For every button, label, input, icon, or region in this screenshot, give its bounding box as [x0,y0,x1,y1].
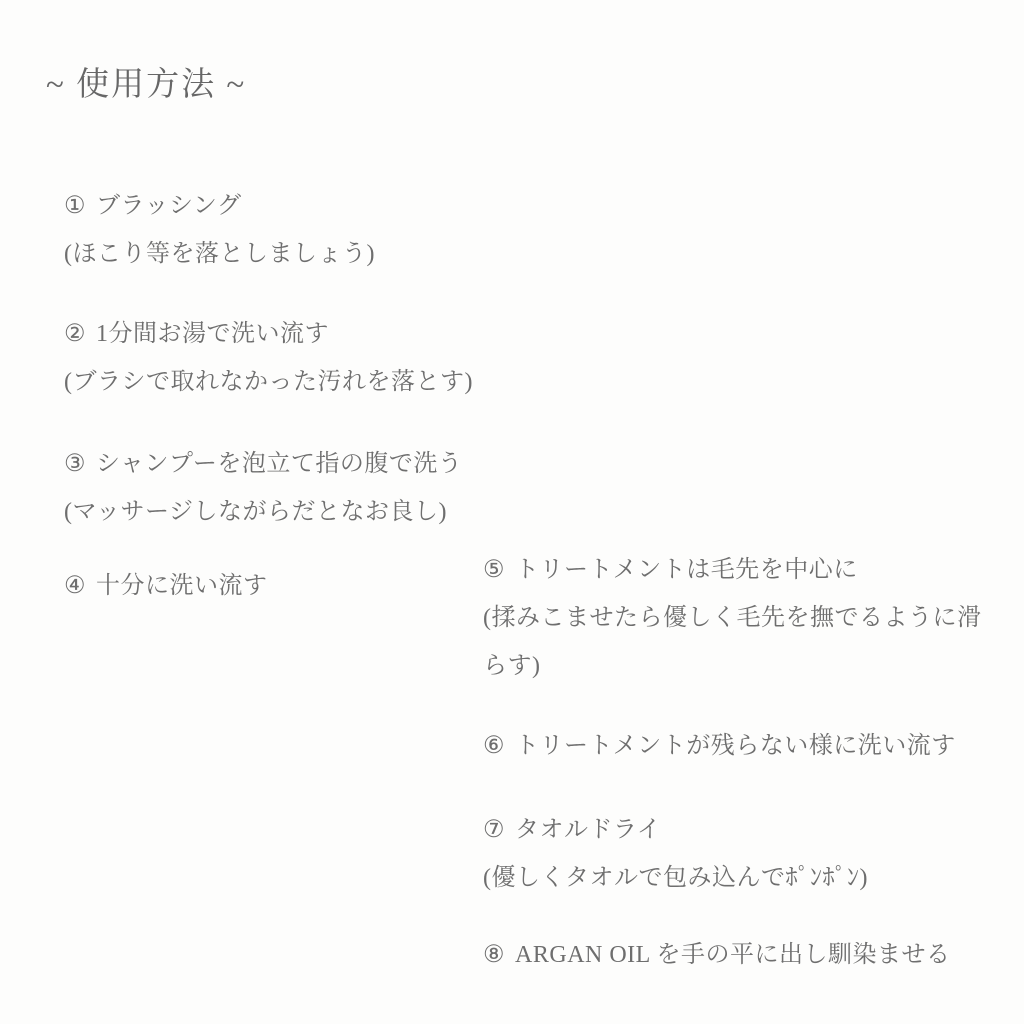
step-7-number: ⑦ [483,817,505,843]
step-1-main: ①ブラッシング [64,182,375,230]
step-6-text: トリートメントが残らない様に洗い流す [515,733,956,759]
step-5-main: ⑤トリートメントは毛先を中心に [483,546,985,594]
step-2-number: ② [64,321,86,347]
step-8-number: ⑧ [483,942,505,968]
step-2-note: (ブラシで取れなかった汚れを落とす) [64,358,473,406]
step-3-note: (マッサージしながらだとなお良し) [64,488,462,536]
step-7: ⑦タオルドライ (優しくタオルで包み込んでﾎﾟﾝﾎﾟﾝ) [483,806,985,902]
step-4: ④十分に洗い流す [64,562,268,610]
step-5-number: ⑤ [483,557,505,583]
step-7-text: タオルドライ [515,817,661,843]
step-3-number: ③ [64,451,86,477]
step-4-number: ④ [64,573,86,599]
step-2-text: 1分間お湯で洗い流す [96,321,329,347]
step-7-note: (優しくタオルで包み込んでﾎﾟﾝﾎﾟﾝ) [483,854,985,902]
step-5-text: トリートメントは毛先を中心に [515,557,858,583]
step-4-main: ④十分に洗い流す [64,562,268,610]
instruction-card: ~ 使用方法 ~ ①ブラッシング (ほこり等を落としましょう) ②1分間お湯で洗… [0,0,1024,1024]
step-8-main: ⑧ARGAN OIL を手の平に出し馴染ませる [483,931,985,979]
step-8-text: ARGAN OIL を手の平に出し馴染ませる [515,942,950,968]
step-6-number: ⑥ [483,733,505,759]
step-6: ⑥トリートメントが残らない様に洗い流す [483,722,985,770]
step-2: ②1分間お湯で洗い流す (ブラシで取れなかった汚れを落とす) [64,310,473,406]
step-8: ⑧ARGAN OIL を手の平に出し馴染ませる [483,931,985,979]
step-6-main: ⑥トリートメントが残らない様に洗い流す [483,722,985,770]
step-4-text: 十分に洗い流す [96,573,268,599]
step-2-main: ②1分間お湯で洗い流す [64,310,473,358]
step-1-note: (ほこり等を落としましょう) [64,230,375,278]
step-1: ①ブラッシング (ほこり等を落としましょう) [64,182,375,278]
page-title: ~ 使用方法 ~ [46,58,246,105]
step-1-number: ① [64,193,86,219]
step-3-main: ③シャンプーを泡立て指の腹で洗う [64,440,462,488]
step-7-main: ⑦タオルドライ [483,806,985,854]
step-1-text: ブラッシング [96,193,241,219]
step-3-text: シャンプーを泡立て指の腹で洗う [96,451,462,477]
step-5-note: (揉みこませたら優しく毛先を撫でるように滑らす) [483,594,985,690]
step-5: ⑤トリートメントは毛先を中心に (揉みこませたら優しく毛先を撫でるように滑らす) [483,546,985,690]
step-3: ③シャンプーを泡立て指の腹で洗う (マッサージしながらだとなお良し) [64,440,462,536]
